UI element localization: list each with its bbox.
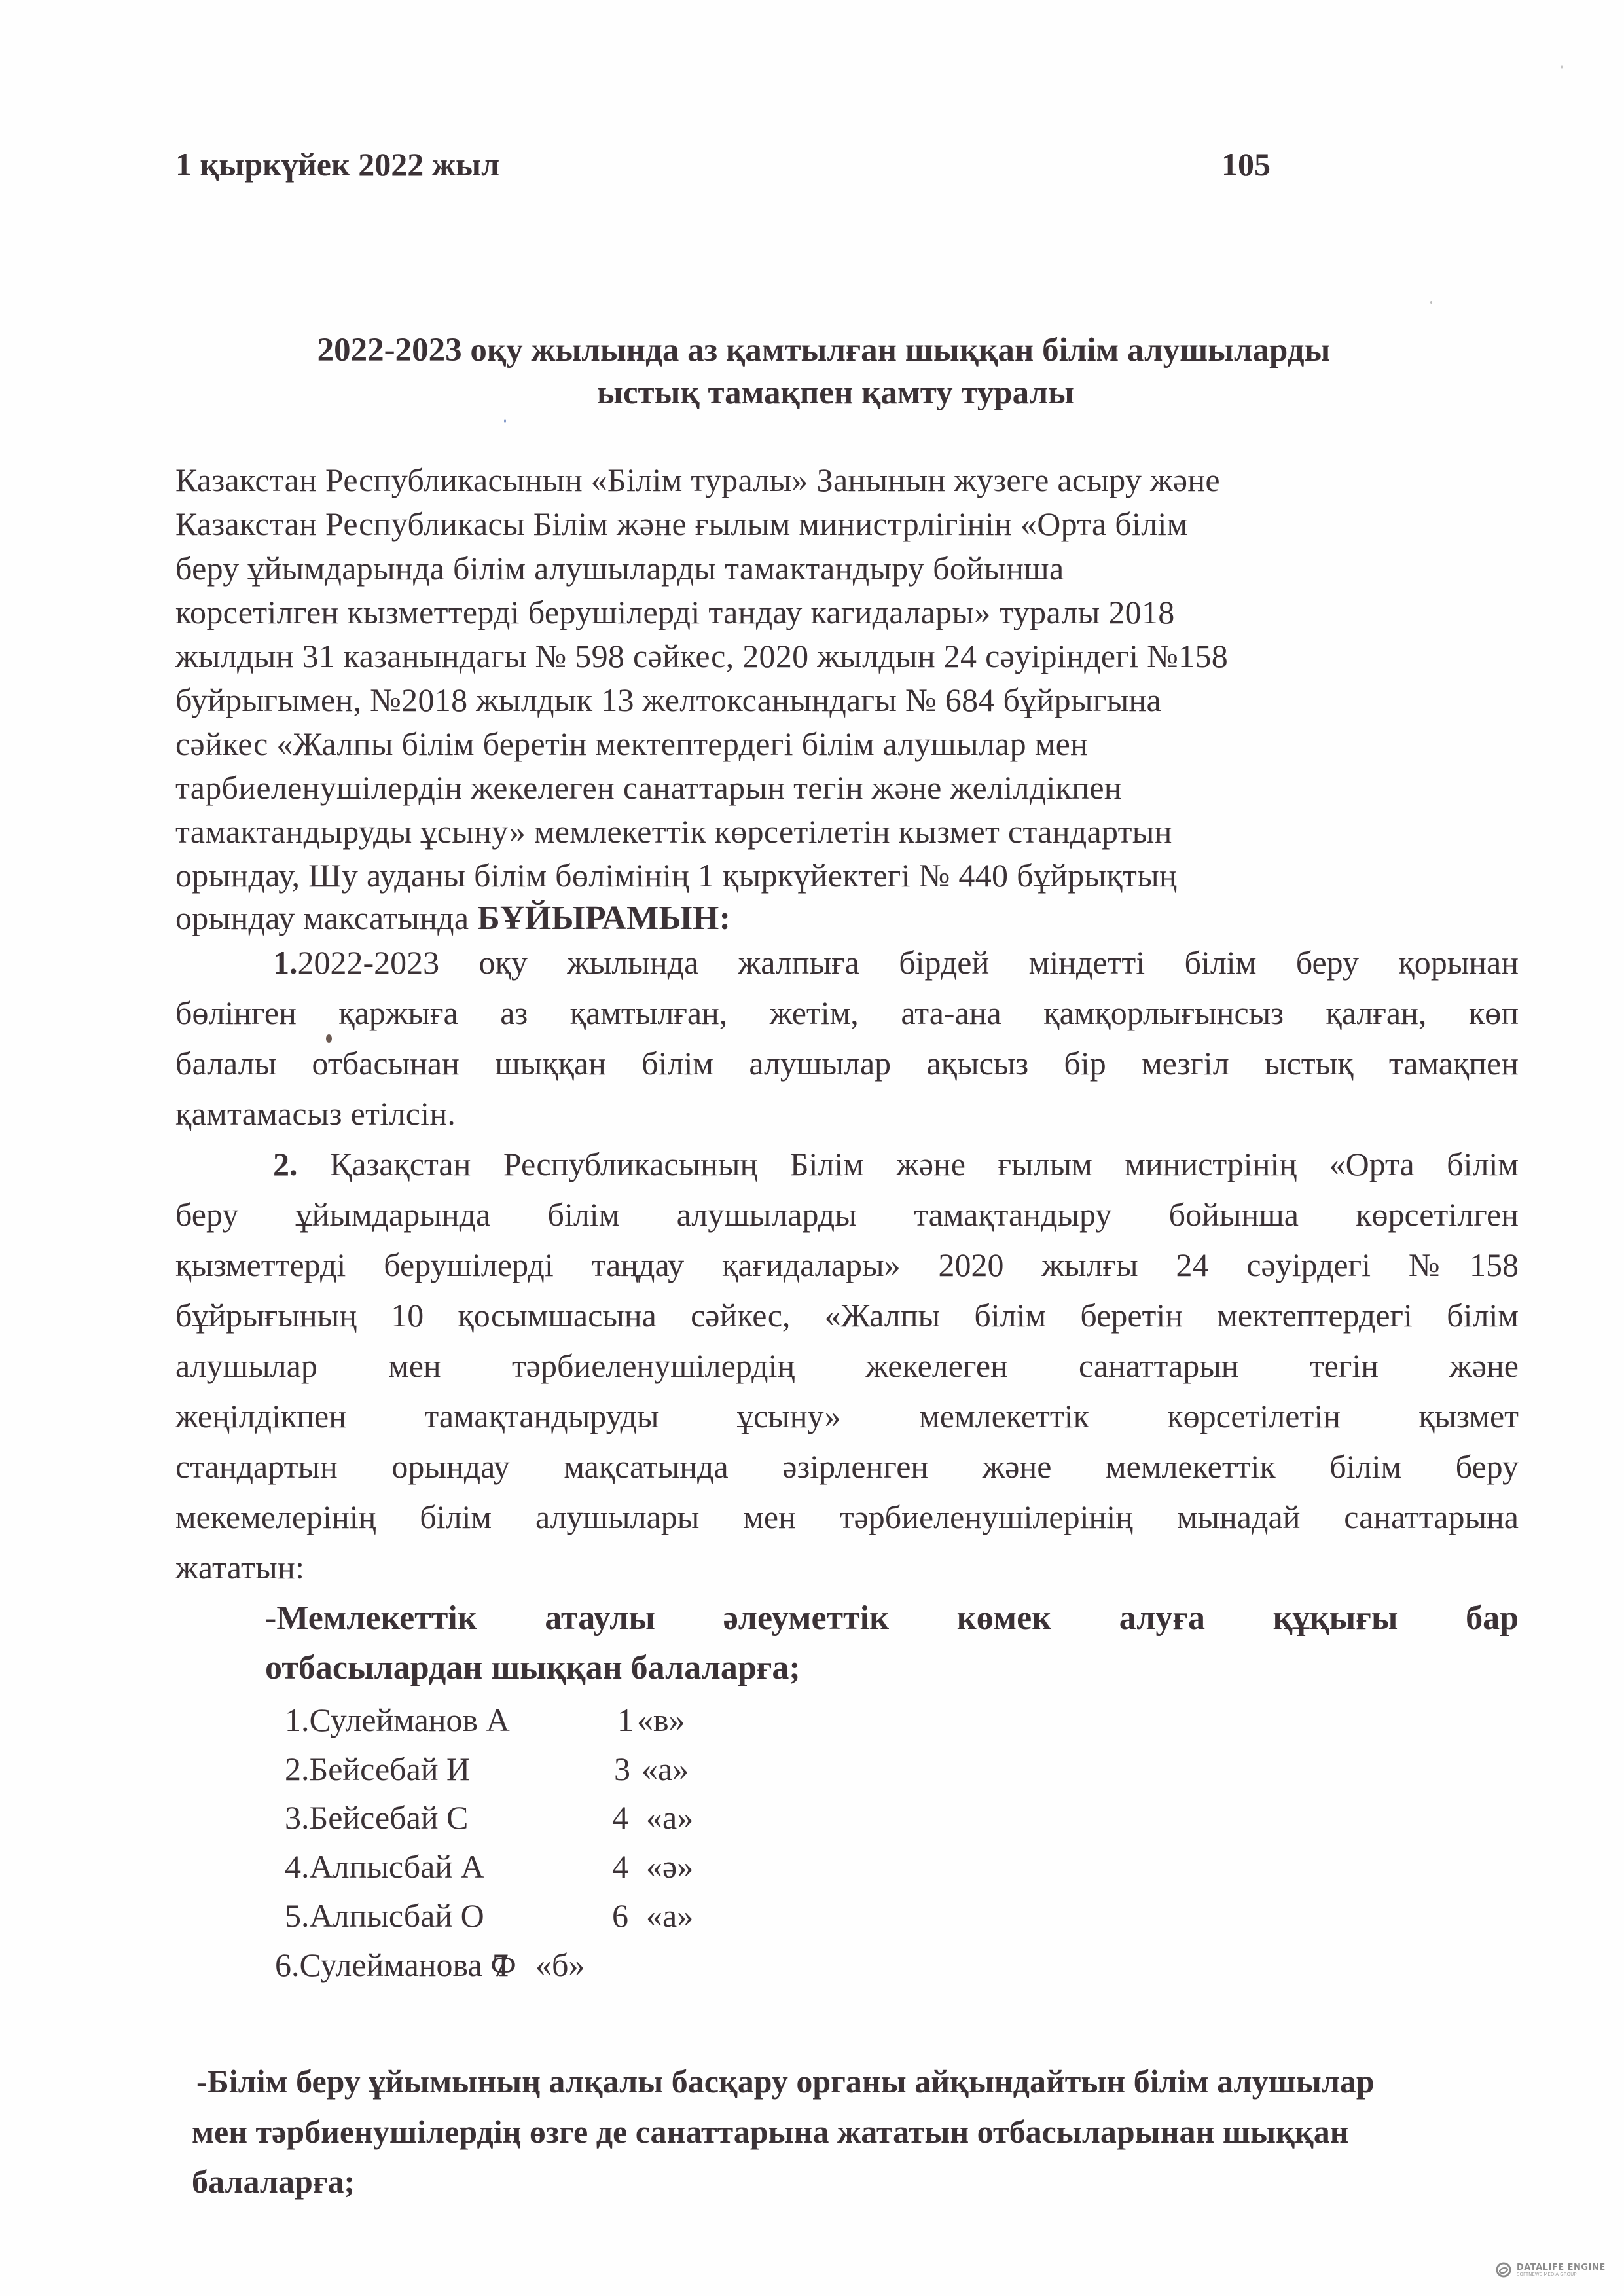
category-1-heading-line-1: -Мемлекеттік атаулы әлеуметтік көмек алу…: [265, 1599, 1519, 1637]
order-item-2-line: жеңілдікпен тамақтандыруды ұсыну» мемлек…: [175, 1397, 1519, 1435]
document-title-line-1: 2022-2023 оқу жылында аз қамтылған шыққа…: [12, 331, 1624, 369]
order-item-2-line: алушылар мен тәрбиеленушілердің жекелеге…: [175, 1347, 1519, 1385]
student-class-letter: «а»: [646, 1798, 693, 1836]
page-number: 105: [1221, 145, 1271, 183]
student-list-item: 6.Сулейманова Ф 7 «б»: [275, 1946, 799, 1984]
student-name: Бейсебай С: [310, 1799, 469, 1836]
student-class-letter: «а»: [641, 1750, 689, 1788]
preamble-line: Казакстан Республикасынын «Білім туралы»…: [175, 461, 1220, 499]
scanned-document-page: 1 қыркүйек 2022 жыл 105 2022-2023 оқу жы…: [0, 0, 1624, 2296]
student-grade: 7: [492, 1946, 509, 1984]
scan-speck: [1561, 65, 1563, 69]
category-1-heading-line-2: отбасылардан шыққан балаларға;: [265, 1649, 801, 1687]
student-index: 6.: [275, 1946, 300, 1983]
student-grade: 3: [614, 1750, 630, 1788]
student-name: Сулейманова Ф: [300, 1946, 516, 1983]
order-item-1-number: 1.: [273, 944, 298, 981]
student-list-item: 4.Алпысбай А 4 «ә»: [285, 1848, 808, 1886]
preamble-last-line: орындау максатында БҰЙЫРАМЫН:: [175, 899, 731, 938]
student-index: 1.: [285, 1702, 310, 1738]
student-list-item: 5.Алпысбай О 6 «а»: [285, 1897, 808, 1935]
order-word: БҰЙЫРАМЫН:: [477, 900, 731, 937]
order-item-1-line: қамтамасыз етілсін.: [175, 1095, 456, 1133]
document-date: 1 қыркүйек 2022 жыл: [175, 145, 499, 183]
order-item-2-text: Қазақстан Республикасының Білім және ғыл…: [298, 1146, 1519, 1182]
order-item-2-first-line: 2. Қазақстан Республикасының Білім және …: [273, 1145, 1519, 1183]
watermark-subtitle: SOFTNEWS MEDIA GROUP: [1517, 2272, 1606, 2277]
preamble-line: орындау, Шу ауданы білім бөлімінің 1 қыр…: [175, 856, 1177, 894]
preamble-line: буйрыгымен, №2018 жылдык 13 желтоксанынд…: [175, 681, 1161, 719]
order-item-2-line: беру ұйымдарында білім алушыларды тамақт…: [175, 1195, 1519, 1233]
document-title-line-2: ыстық тамақпен қамту туралы: [24, 374, 1624, 412]
student-grade: 1: [617, 1701, 634, 1739]
order-item-1-line: бөлінген қаржыға аз қамтылған, жетім, ат…: [175, 994, 1519, 1032]
category-2-line: -Білім беру ұйымының алқалы басқару орга…: [196, 2062, 1375, 2100]
student-class-letter: «б»: [535, 1946, 585, 1984]
scan-speck: [504, 419, 506, 423]
preamble-last-line-prefix: орындау максатында: [175, 900, 477, 936]
preamble-line: жылдын 31 казанындагы № 598 сәйкес, 2020…: [175, 637, 1228, 675]
scan-speck: [326, 1034, 332, 1043]
scan-speck: [1430, 301, 1432, 304]
student-grade: 4: [612, 1798, 628, 1836]
student-grade: 4: [612, 1848, 628, 1886]
order-item-2-line: қызметтерді берушілерді таңдау қағидалар…: [175, 1246, 1519, 1284]
order-item-1-line: балалы отбасынан шыққан білім алушылар а…: [175, 1044, 1519, 1082]
student-index: 4.: [285, 1848, 310, 1885]
preamble-line: тамактандыруды ұсыну» мемлекеттік көрсет…: [175, 812, 1172, 850]
order-item-2-number: 2.: [273, 1146, 298, 1182]
student-class-letter: «ә»: [646, 1848, 693, 1886]
student-index: 5.: [285, 1897, 310, 1934]
preamble-line: Казакстан Республикасы Білім және ғылым …: [175, 505, 1188, 543]
datalife-engine-logo-icon: [1496, 2262, 1511, 2278]
student-list-item: 3.Бейсебай С 4 «а»: [285, 1798, 808, 1836]
category-2-line: мен тәрбиенушілердің өзге де санаттарына…: [192, 2113, 1349, 2151]
student-list-item: 2.Бейсебай И 3 «а»: [285, 1750, 808, 1788]
category-2-line: балаларға;: [192, 2162, 355, 2200]
watermark: DATALIFE ENGINE SOFTNEWS MEDIA GROUP: [1496, 2262, 1606, 2278]
student-name: Бейсебай И: [310, 1751, 471, 1787]
preamble-line: корсетілген кызметтерді берушілерді танд…: [175, 593, 1175, 631]
student-name: Алпысбай О: [310, 1897, 484, 1934]
watermark-text: DATALIFE ENGINE SOFTNEWS MEDIA GROUP: [1517, 2263, 1606, 2277]
order-item-2-line: жататын:: [175, 1548, 304, 1586]
student-name: Сулейманов А: [310, 1702, 510, 1738]
order-item-2-line: мекемелерінің білім алушылары мен тәрбие…: [175, 1498, 1519, 1536]
preamble-line: сәйкес «Жалпы білім беретін мектептердег…: [175, 725, 1088, 763]
student-class-letter: «в»: [637, 1701, 685, 1739]
student-grade: 6: [612, 1897, 628, 1935]
order-item-1-first-line: 1.2022-2023 оқу жылында жалпыға бірдей м…: [273, 943, 1519, 981]
student-list-item: 1.Сулейманов А 1 «в»: [285, 1701, 808, 1739]
preamble-line: беру ұйымдарында білім алушыларды тамакт…: [175, 549, 1064, 587]
student-class-letter: «а»: [646, 1897, 693, 1935]
student-name: Алпысбай А: [310, 1848, 484, 1885]
preamble-line: тарбиеленушілердін жекелеген санаттарын …: [175, 769, 1122, 807]
student-index: 2.: [285, 1751, 310, 1787]
order-item-2-line: бұйрығының 10 қосымшасына сәйкес, «Жалпы…: [175, 1296, 1519, 1334]
student-index: 3.: [285, 1799, 310, 1836]
watermark-title: DATALIFE ENGINE: [1517, 2263, 1606, 2272]
order-item-2-line: стандартын орындау мақсатында әзірленген…: [175, 1448, 1519, 1485]
order-item-1-text: 2022-2023 оқу жылында жалпыға бірдей мін…: [298, 944, 1519, 981]
